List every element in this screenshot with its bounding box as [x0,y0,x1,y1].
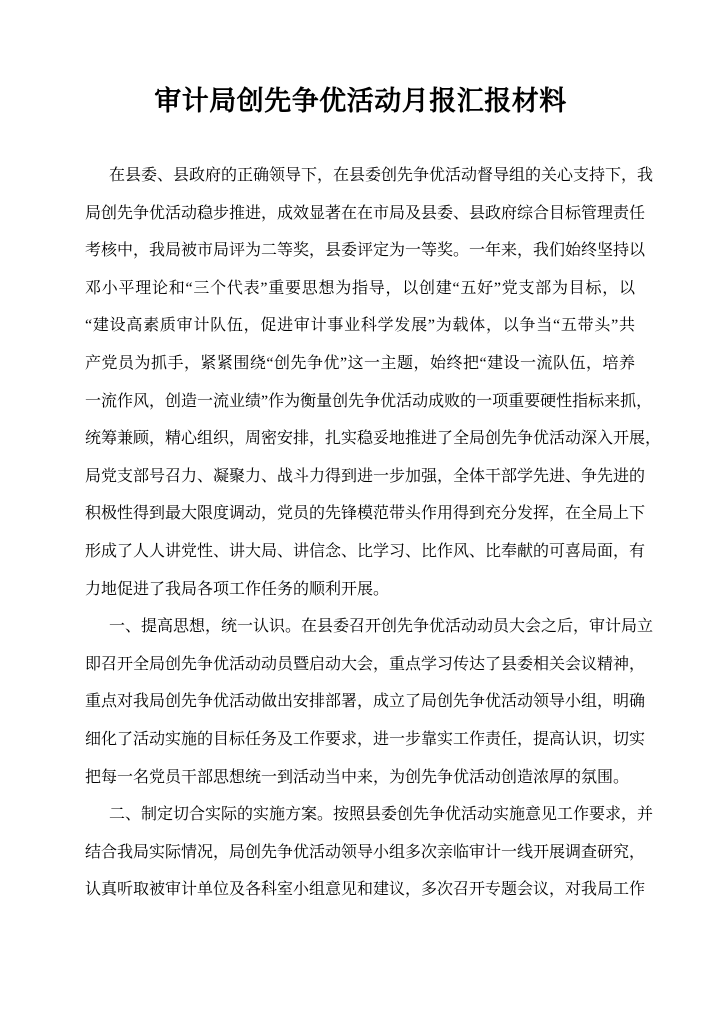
document-body: 在县委、县政府的正确领导下，在县委创先争优活动督导组的关心支持下，我局创先争优活… [85,157,635,909]
text-line: 在县委、县政府的正确领导下，在县委创先争优活动督导组的关心支持下，我 [85,157,635,195]
paragraph: 在县委、县政府的正确领导下，在县委创先争优活动督导组的关心支持下，我局创先争优活… [85,157,635,608]
text-line: 认真听取被审计单位及各科室小组意见和建议，多次召开专题会议，对我局工作 [85,871,635,909]
text-line: 邓小平理论和“三个代表”重要思想为指导，以创建“五好”党支部为目标，以 [85,270,635,308]
text-line: 局党支部号召力、凝聚力、战斗力得到进一步加强，全体干部学先进、争先进的 [85,458,635,496]
text-line: 形成了人人讲党性、讲大局、讲信念、比学习、比作风、比奉献的可喜局面，有 [85,533,635,571]
text-line: 统筹兼顾，精心组织，周密安排，扎实稳妥地推进了全局创先争优活动深入开展， [85,420,635,458]
text-line: 细化了活动实施的目标任务及工作要求，进一步靠实工作责任，提高认识，切实 [85,721,635,759]
text-line: 局创先争优活动稳步推进，成效显著在在市局及县委、县政府综合目标管理责任 [85,195,635,233]
document-page: 审计局创先争优活动月报汇报材料 在县委、县政府的正确领导下，在县委创先争优活动督… [0,0,721,1020]
text-line: 考核中，我局被市局评为二等奖，县委评定为一等奖。一年来，我们始终坚持以 [85,232,635,270]
paragraph: 二、制定切合实际的实施方案。按照县委创先争优活动实施意见工作要求，并结合我局实际… [85,796,635,909]
text-line: 一、提高思想，统一认识。在县委召开创先争优活动动员大会之后，审计局立 [85,608,635,646]
text-line: “建设高素质审计队伍，促进审计事业科学发展”为载体，以争当“五带头”共 [85,307,635,345]
text-line: 积极性得到最大限度调动，党员的先锋模范带头作用得到充分发挥，在全局上下 [85,495,635,533]
text-line: 产党员为抓手，紧紧围绕“创先争优”这一主题，始终把“建设一流队伍，培养 [85,345,635,383]
text-line: 即召开全局创先争优活动动员暨启动大会，重点学习传达了县委相关会议精神， [85,646,635,684]
document-title: 审计局创先争优活动月报汇报材料 [0,0,721,117]
paragraph: 一、提高思想，统一认识。在县委召开创先争优活动动员大会之后，审计局立即召开全局创… [85,608,635,796]
text-line: 把每一名党员干部思想统一到活动当中来，为创先争优活动创造浓厚的氛围。 [85,759,635,797]
text-line: 一流作风，创造一流业绩”作为衡量创先争优活动成败的一项重要硬性指标来抓， [85,383,635,421]
text-line: 结合我局实际情况，局创先争优活动领导小组多次亲临审计一线开展调查研究， [85,834,635,872]
text-line: 力地促进了我局各项工作任务的顺利开展。 [85,571,635,609]
text-line: 二、制定切合实际的实施方案。按照县委创先争优活动实施意见工作要求，并 [85,796,635,834]
text-line: 重点对我局创先争优活动做出安排部署，成立了局创先争优活动领导小组，明确 [85,683,635,721]
